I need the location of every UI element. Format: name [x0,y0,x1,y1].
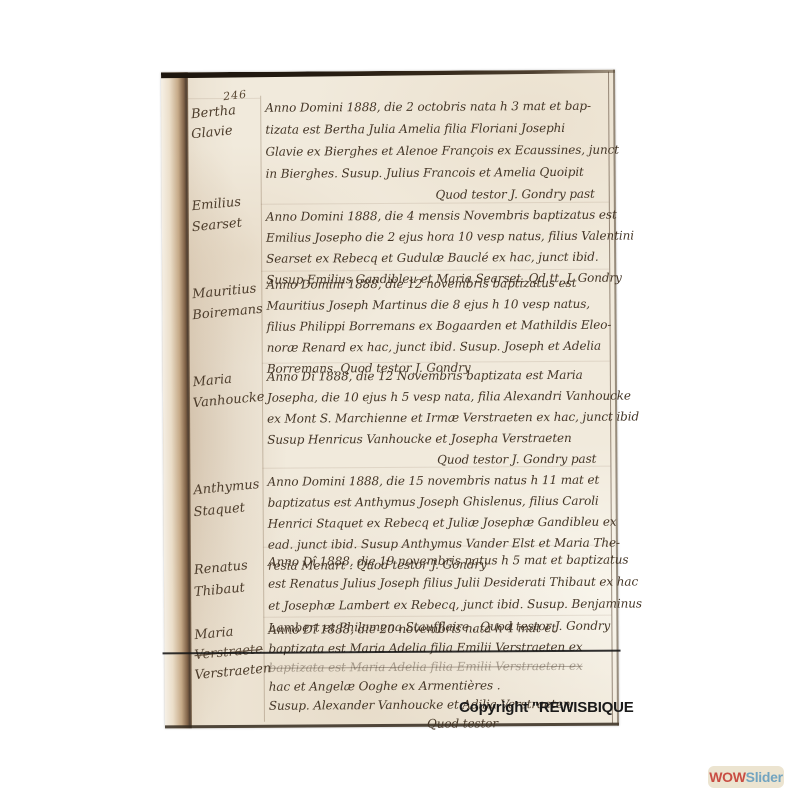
register-line: Josepha, die 10 ejus h 5 vesp nata, fili… [267,386,610,409]
register-line: Anno Dî 1888, die 20 novembris nata h 4 … [268,619,611,640]
register-line: Anno Domini 1888, die 2 octobris nata h … [265,95,608,119]
register-line: hac et Angelæ Ooghe ex Armentières . [269,676,612,697]
photo-top-border [161,70,615,79]
register-line: Anno Dî 1888, die 19 novembris natus h 5… [268,549,611,573]
register-line: Quod testor [269,714,612,735]
register-line: baptizata est Maria Adelia filia Emilii … [269,657,612,678]
register-entry: Anno Domini 1888, die 2 octobris nata h … [265,95,609,207]
wowslider-watermark[interactable]: WOWSlider [708,766,784,788]
wowslider-slider-label: Slider [746,769,783,785]
register-line: Emilius Josepho die 2 ejus hora 10 vesp … [266,226,609,249]
register-line: Glavie ex Bierghes et Alenoe François ex… [265,139,608,163]
register-line: Anno Domini 1888, die 12 novembris bapti… [266,273,609,296]
register-entry: Anno Dî 1888, die 20 novembris nata h 4 … [268,619,612,735]
register-line: Anno Domini 1888, die 4 mensis Novembris… [266,205,609,228]
register-line: baptizatus est Anthymus Joseph Ghislenus… [268,491,611,514]
register-line: noræ Renard ex hac, junct ibid. Susup. J… [267,336,610,359]
register-line: Quod testor J. Gondry past [266,183,609,207]
register-line: Quod testor J. Gondry past [267,449,610,472]
slider-frame: 246 BerthaGlavieAnno Domini 1888, die 2 … [0,0,800,800]
register-line: Anno Dî 1888, die 12 Novembris baptizata… [267,365,610,388]
register-line: et Josephæ Lambert ex Rebecq, junct ibid… [268,593,611,617]
register-line: baptizata est Maria Adelia filia Emilii … [268,638,611,659]
register-line: ex Mont S. Marchienne et Irmæ Verstraete… [267,407,610,430]
register-line: Anno Domini 1888, die 15 novembris natus… [267,470,610,493]
register-line: est Renatus Julius Joseph filius Julii D… [268,571,611,595]
register-entry: Anno Domini 1888, die 12 novembris bapti… [266,273,610,380]
register-line: Susup Henricus Vanhoucke et Josepha Vers… [267,428,610,451]
register-line: Henrici Staquet ex Rebecq et Juliæ Josep… [268,512,611,535]
book-gutter-edge [161,72,192,728]
register-line: tizata est Bertha Julia Amelia filia Flo… [265,117,608,141]
register-line: Searset ex Rebecq et Gudulæ Bauclé ex ha… [266,247,609,270]
copyright-overlay: Copyright "REWISBIQUE [459,699,634,716]
register-line: Mauritius Joseph Martinus die 8 ejus h 1… [266,294,609,317]
register-scan-photo[interactable]: 246 BerthaGlavieAnno Domini 1888, die 2 … [161,70,619,729]
register-line: filius Philippi Borremans ex Bogaarden e… [266,315,609,338]
register-line: in Bierghes. Susup. Julius Francois et A… [266,161,609,185]
wowslider-wow-label: WOW [709,769,745,785]
register-entry: Anno Dî 1888, die 12 Novembris baptizata… [267,365,611,472]
